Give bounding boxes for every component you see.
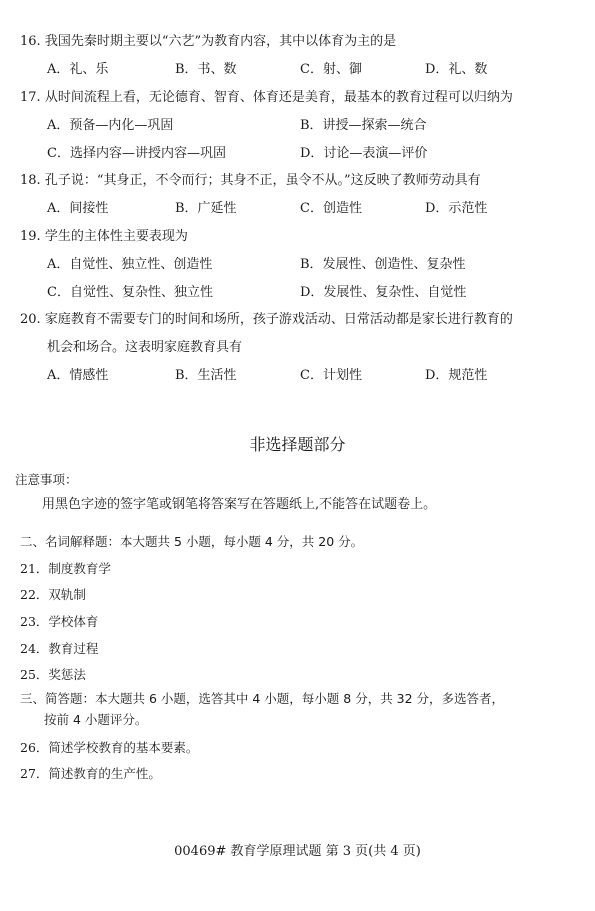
list-item: 27．简述教育的生产性。 [20,764,161,782]
page-footer: 00469# 教育学原理试题 第 3 页(共 4 页) [0,840,595,859]
option-d: D．规范性 [425,364,487,383]
question-text: 我国先秦时期主要以“六艺”为教育内容，其中以体育为主的是 [45,34,396,49]
option-c: C．自觉性、复杂性、独立性 [47,281,213,300]
option-d: D．礼、数 [425,58,487,77]
section-3-heading: 三、简答题：本大题共 6 小题，选答其中 4 小题，每小题 8 分，共 32 分… [20,689,504,707]
list-item: 26．简述学校教育的基本要素。 [20,738,198,756]
option-a: A．自觉性、独立性、创造性 [47,253,212,272]
option-c: C．计划性 [300,364,362,383]
option-a: A．情感性 [47,364,108,383]
notice-body: 用黑色字迹的签字笔或钢笔将答案写在答题纸上,不能答在试题卷上。 [42,493,436,512]
notice-heading: 注意事项： [15,470,78,488]
section-3-heading-continued: 按前 4 小题评分。 [44,710,147,728]
option-b: B．书、数 [175,58,237,77]
question-number: 16. [20,34,41,49]
question-text: 家庭教育不需要专门的时间和场所，孩子游戏活动、日常活动都是家长进行教育的 [45,312,513,327]
question-19: 19. 学生的主体性主要表现为 [20,225,188,244]
option-c: C．射、御 [300,58,362,77]
option-c: C．创造性 [300,197,362,216]
question-number: 19. [20,229,41,244]
question-text: 从时间流程上看，无论德育、智育、体育还是美育，最基本的教育过程可以归纳为 [45,90,513,105]
list-item: 25．奖惩法 [20,665,86,683]
part-title: 非选择题部分 [0,432,595,455]
question-text: 学生的主体性主要表现为 [45,229,188,244]
list-item: 23．学校体育 [20,612,98,630]
option-d: D．示范性 [425,197,487,216]
option-b: B．讲授—探索—统合 [300,114,427,133]
option-d: D．发展性、复杂性、自觉性 [300,281,466,300]
option-a: A．礼、乐 [47,58,108,77]
option-b: B．生活性 [175,364,237,383]
option-c: C．选择内容—讲授内容—巩固 [47,142,226,161]
question-text: 孔子说：“其身正，不令而行；其身不正，虽令不从。”这反映了教师劳动具有 [45,173,481,188]
question-number: 20. [20,312,41,327]
list-item: 24．教育过程 [20,639,98,657]
option-a: A．预备—内化—巩固 [47,114,173,133]
question-18: 18. 孔子说：“其身正，不令而行；其身不正，虽令不从。”这反映了教师劳动具有 [20,169,481,188]
section-2-heading: 二、名词解释题：本大题共 5 小题，每小题 4 分，共 20 分。 [20,532,363,550]
question-16: 16. 我国先秦时期主要以“六艺”为教育内容，其中以体育为主的是 [20,30,396,49]
option-a: A．间接性 [47,197,108,216]
question-text-continued: 机会和场合。这表明家庭教育具有 [47,336,242,355]
question-number: 18. [20,173,41,188]
option-b: B．发展性、创造性、复杂性 [300,253,466,272]
list-item: 21．制度教育学 [20,559,111,577]
question-20: 20. 家庭教育不需要专门的时间和场所，孩子游戏活动、日常活动都是家长进行教育的 [20,308,513,327]
question-number: 17. [20,90,41,105]
question-17: 17. 从时间流程上看，无论德育、智育、体育还是美育，最基本的教育过程可以归纳为 [20,86,513,105]
list-item: 22．双轨制 [20,585,86,603]
option-b: B．广延性 [175,197,237,216]
option-d: D．讨论—表演—评价 [300,142,427,161]
